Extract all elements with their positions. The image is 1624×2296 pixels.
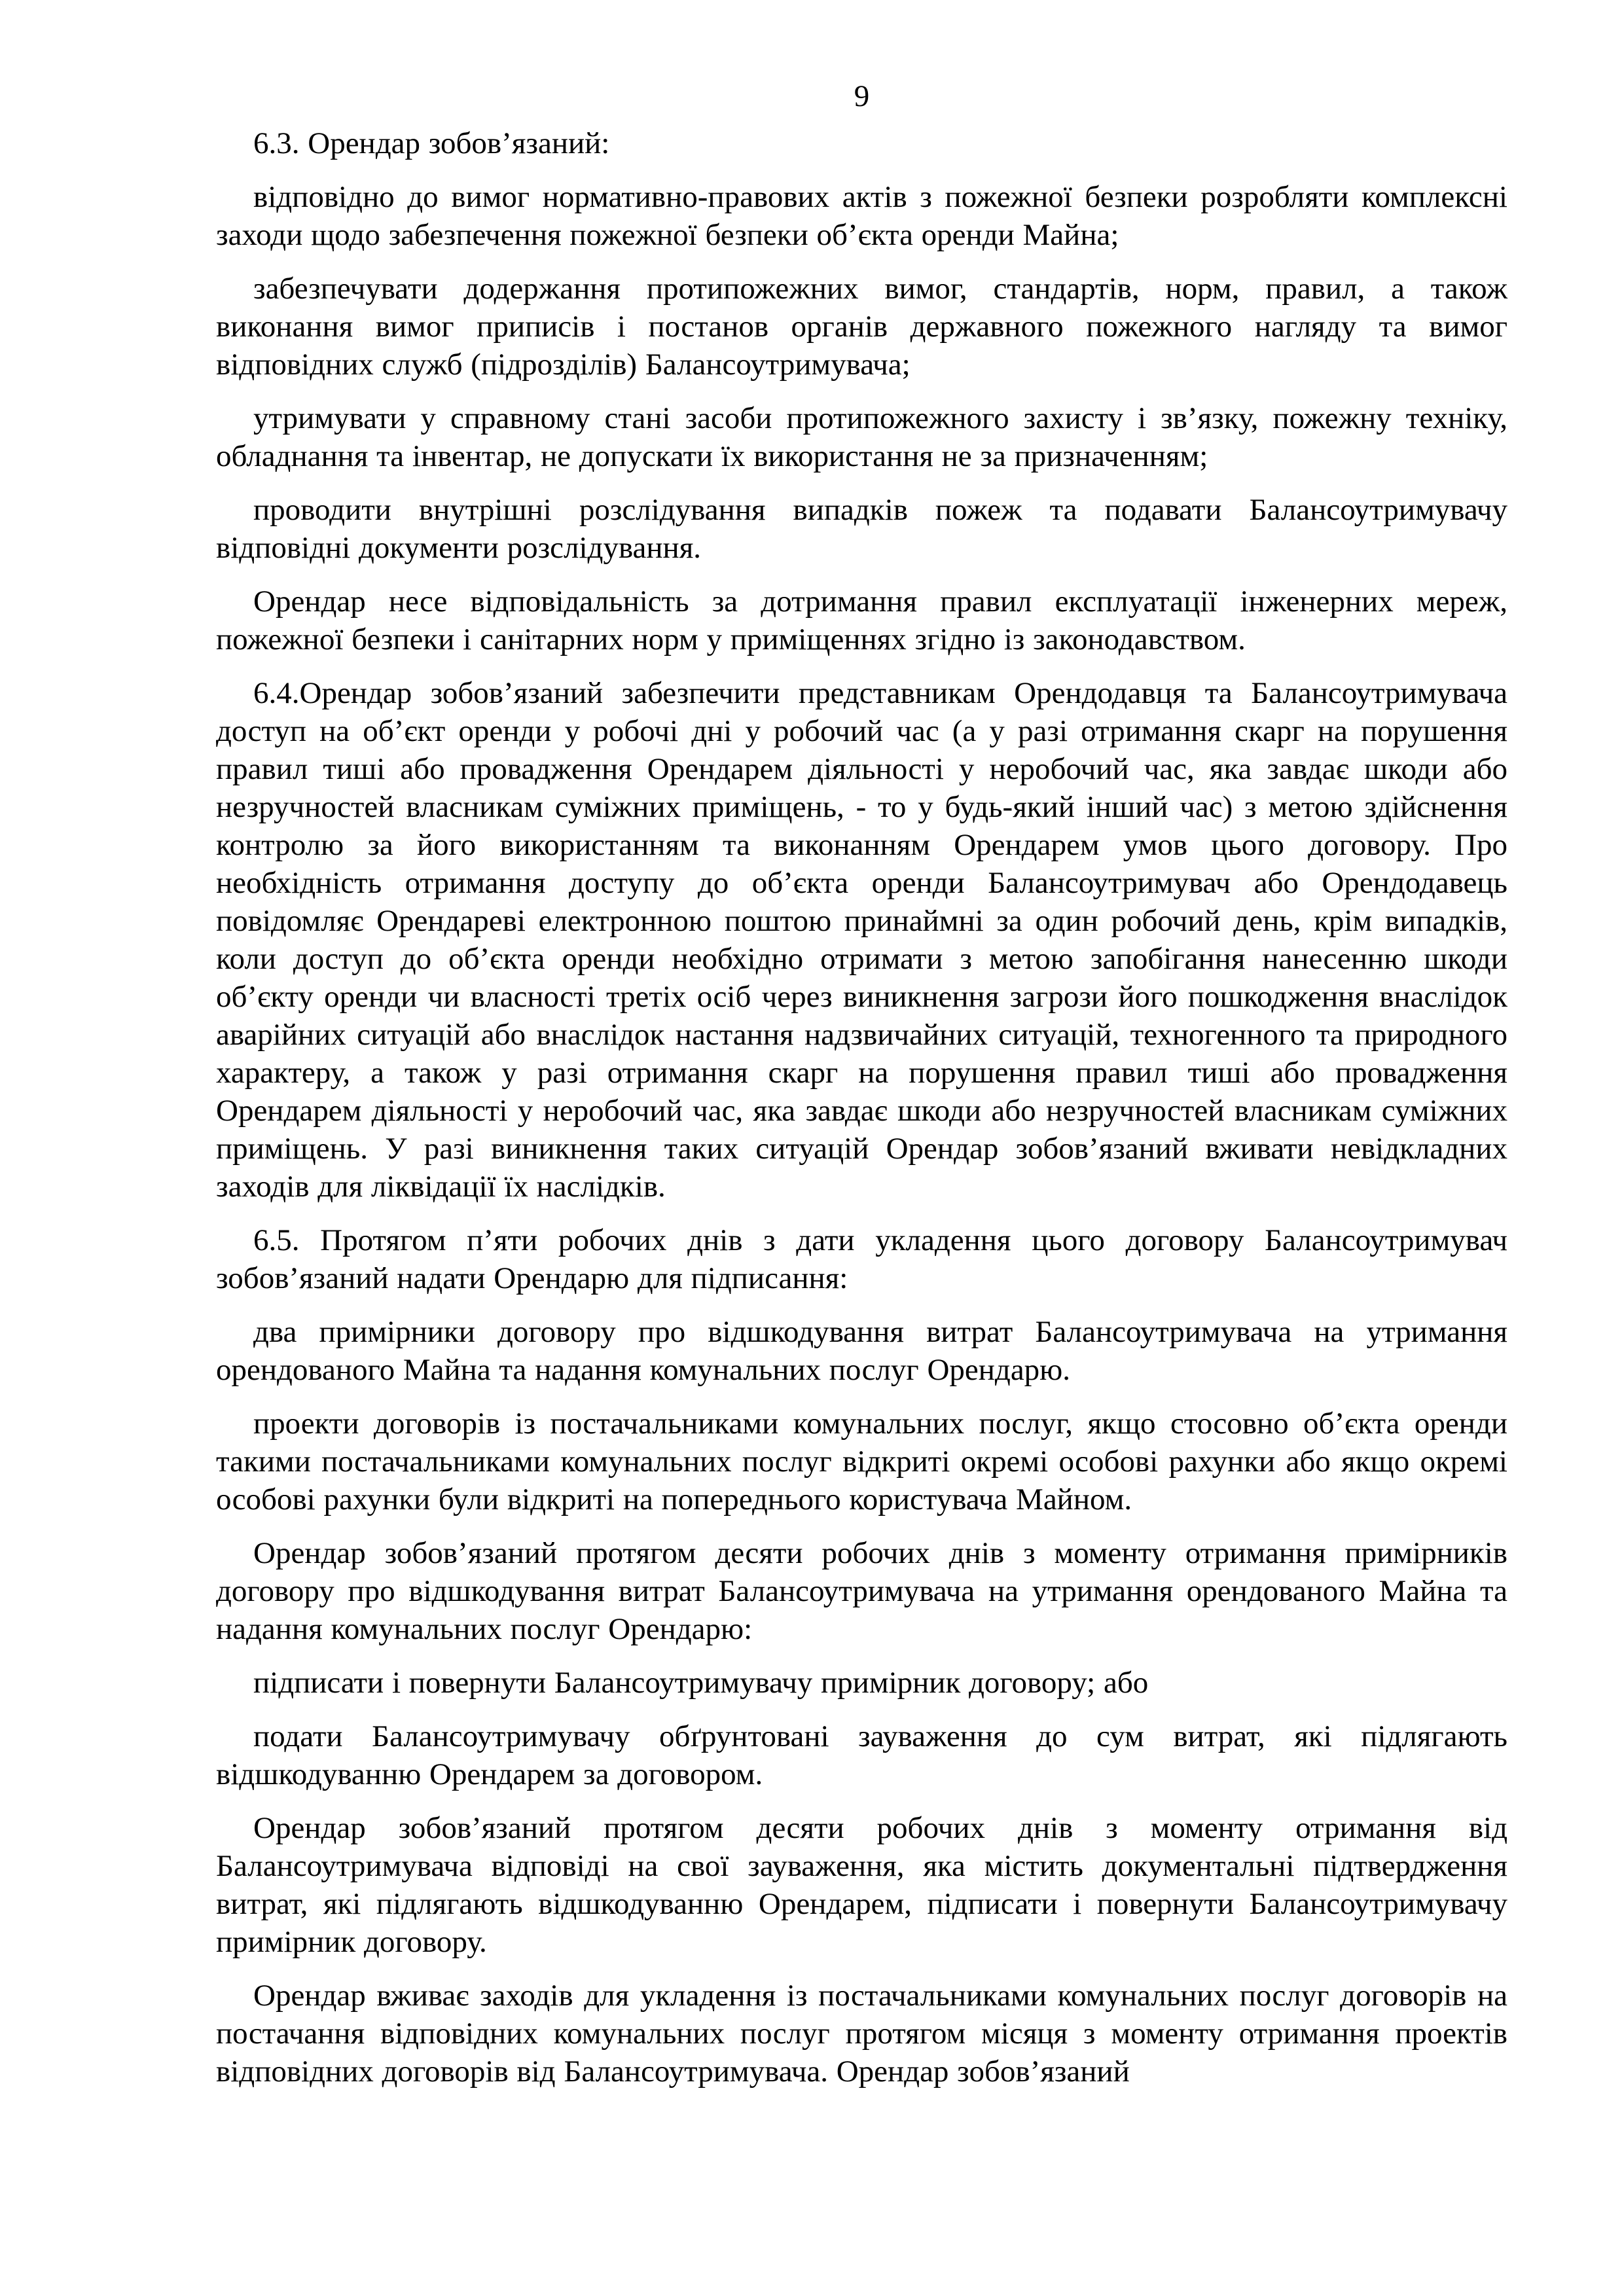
paragraph: Орендар несе відповідальність за дотрима… [216,583,1507,658]
document-content: 9 6.3. Орендар зобов’язаний: відповідно … [0,0,1624,2090]
paragraph: Орендар зобов’язаний протягом десяти роб… [216,1809,1507,1961]
paragraph: забезпечувати додержання протипожежних в… [216,270,1507,384]
paragraph: утримувати у справному стані засоби прот… [216,399,1507,475]
paragraph: два примірники договору про відшкодуванн… [216,1313,1507,1389]
paragraph: Орендар зобов’язаний протягом десяти роб… [216,1534,1507,1648]
page-number: 9 [216,77,1507,115]
paragraph: Орендар вживає заходів для укладення із … [216,1977,1507,2090]
paragraph: відповідно до вимог нормативно-правових … [216,178,1507,254]
paragraph-6-4: 6.4.Орендар зобов’язаний забезпечити пре… [216,674,1507,1206]
paragraph-6-5-heading: 6.5. Протягом п’яти робочих днів з дати … [216,1221,1507,1297]
paragraph: проекти договорів із постачальниками ком… [216,1405,1507,1518]
paragraph: подати Балансоутримувачу обґрунтовані за… [216,1717,1507,1793]
paragraph-6-3-heading: 6.3. Орендар зобов’язаний: [216,124,1507,162]
paragraph: проводити внутрішні розслідування випадк… [216,491,1507,567]
document-page: 9 6.3. Орендар зобов’язаний: відповідно … [0,0,1624,2296]
paragraph: підписати і повернути Балансоутримувачу … [216,1664,1507,1702]
